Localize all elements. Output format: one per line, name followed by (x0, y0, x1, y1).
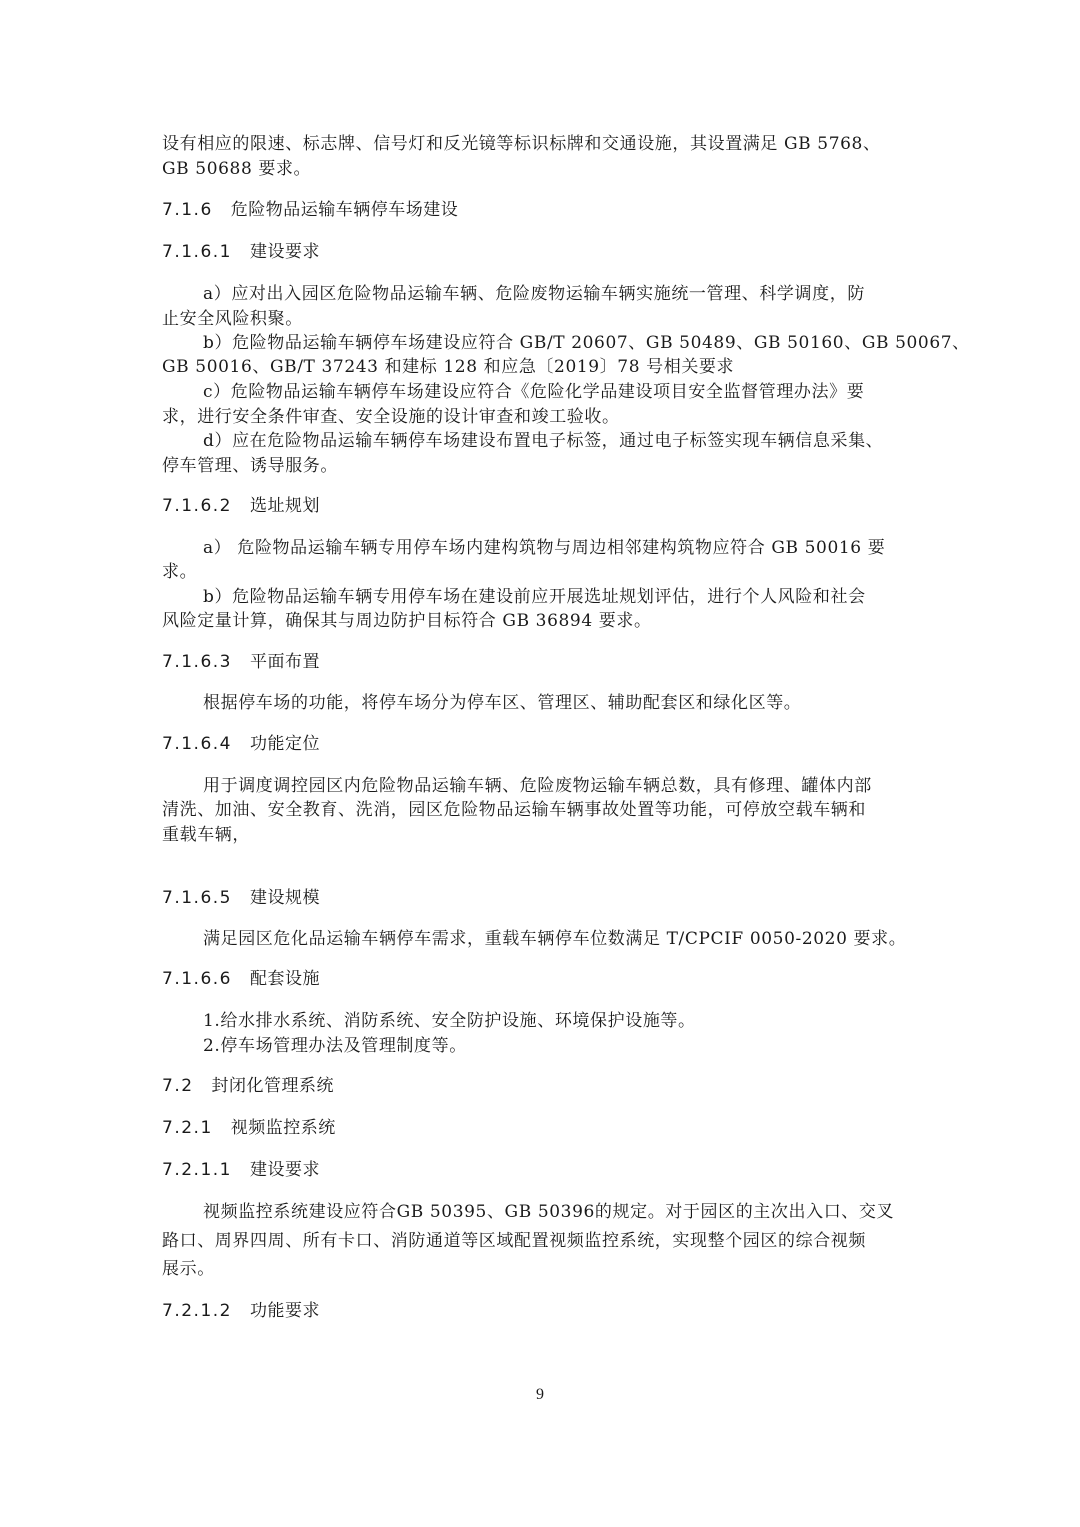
paragraph-line: GB 50688 要求。 (162, 157, 311, 181)
list-item: 2.停车场管理办法及管理制度等。 (203, 1034, 467, 1058)
paragraph-line: 展示。 (162, 1257, 215, 1281)
section-heading-7-2-1-1: 7.2.1.1建设要求 (162, 1158, 320, 1182)
section-title: 建设要求 (250, 1160, 320, 1180)
section-title: 危险物品运输车辆停车场建设 (231, 200, 459, 220)
section-number: 7.1.6.6 (162, 967, 232, 991)
paragraph-line: b）危险物品运输车辆停车场建设应符合 GB/T 20607、GB 50489、G… (203, 331, 970, 355)
section-number: 7.2.1 (162, 1116, 213, 1140)
section-heading-7-1-6: 7.1.6危险物品运输车辆停车场建设 (162, 198, 458, 222)
section-title: 选址规划 (250, 496, 320, 516)
paragraph-line: 视频监控系统建设应符合GB 50395、GB 50396的规定。对于园区的主次出… (203, 1200, 894, 1224)
section-number: 7.2 (162, 1074, 194, 1098)
paragraph-line: 用于调度调控园区内危险物品运输车辆、危险废物运输车辆总数，具有修理、罐体内部 (203, 774, 872, 798)
section-heading-7-1-6-2: 7.1.6.2选址规划 (162, 494, 320, 518)
section-title: 视频监控系统 (231, 1118, 336, 1138)
paragraph-line: GB 50016、GB/T 37243 和建标 128 和应急〔2019〕78 … (162, 355, 734, 379)
page-number: 9 (0, 1386, 1080, 1404)
paragraph-line: b）危险物品运输车辆专用停车场在建设前应开展选址规划评估，进行个人风险和社会 (203, 585, 866, 609)
section-heading-7-1-6-6: 7.1.6.6配套设施 (162, 967, 320, 991)
paragraph-line: 路口、周界四周、所有卡口、消防通道等区域配置视频监控系统，实现整个园区的综合视频 (162, 1229, 866, 1253)
paragraph-line: 求。 (162, 560, 197, 584)
section-number: 7.1.6 (162, 198, 213, 222)
section-heading-7-1-6-3: 7.1.6.3平面布置 (162, 650, 320, 674)
section-number: 7.2.1.1 (162, 1158, 232, 1182)
paragraph-line: d）应在危险物品运输车辆停车场建设布置电子标签，通过电子标签实现车辆信息采集、 (203, 429, 883, 453)
paragraph-line: 满足园区危化品运输车辆停车需求，重载车辆停车位数满足 T/CPCIF 0050-… (203, 927, 906, 951)
paragraph-line: 止安全风险积聚。 (162, 307, 303, 331)
paragraph-line: a）应对出入园区危险物品运输车辆、危险废物运输车辆实施统一管理、科学调度，防 (203, 282, 865, 306)
paragraph-line: a） 危险物品运输车辆专用停车场内建构筑物与周边相邻建构筑物应符合 GB 500… (203, 536, 885, 560)
section-title: 建设要求 (250, 242, 320, 262)
paragraph-line: 清洗、加油、安全教育、洗消，园区危险物品运输车辆事故处置等功能，可停放空载车辆和 (162, 798, 866, 822)
paragraph-line: 停车管理、诱导服务。 (162, 454, 338, 478)
section-heading-7-1-6-1: 7.1.6.1建设要求 (162, 240, 320, 264)
paragraph-line: c）危险物品运输车辆停车场建设应符合《危险化学品建设项目安全监督管理办法》要 (203, 380, 864, 404)
section-heading-7-2-1-2: 7.2.1.2功能要求 (162, 1299, 320, 1323)
paragraph-line: 设有相应的限速、标志牌、信号灯和反光镜等标识标牌和交通设施，其设置满足 GB 5… (162, 132, 881, 156)
section-title: 功能要求 (250, 1301, 320, 1321)
list-item: 1.给水排水系统、消防系统、安全防护设施、环境保护设施等。 (203, 1009, 696, 1033)
section-title: 平面布置 (250, 652, 320, 672)
section-heading-7-1-6-4: 7.1.6.4功能定位 (162, 732, 320, 756)
section-title: 功能定位 (250, 734, 320, 754)
section-title: 封闭化管理系统 (212, 1076, 335, 1096)
document-page: 设有相应的限速、标志牌、信号灯和反光镜等标识标牌和交通设施，其设置满足 GB 5… (0, 0, 1080, 1527)
paragraph-line: 根据停车场的功能，将停车场分为停车区、管理区、辅助配套区和绿化区等。 (203, 691, 801, 715)
section-number: 7.1.6.5 (162, 886, 232, 910)
section-number: 7.1.6.2 (162, 494, 232, 518)
section-number: 7.1.6.4 (162, 732, 232, 756)
paragraph-line: 求，进行安全条件审查、安全设施的设计审查和竣工验收。 (162, 405, 620, 429)
section-title: 建设规模 (250, 888, 320, 908)
section-heading-7-2: 7.2封闭化管理系统 (162, 1074, 334, 1098)
paragraph-line: 重载车辆， (162, 823, 250, 847)
section-heading-7-2-1: 7.2.1视频监控系统 (162, 1116, 336, 1140)
section-heading-7-1-6-5: 7.1.6.5建设规模 (162, 886, 320, 910)
section-number: 7.1.6.1 (162, 240, 232, 264)
section-number: 7.2.1.2 (162, 1299, 232, 1323)
section-number: 7.1.6.3 (162, 650, 232, 674)
section-title: 配套设施 (250, 969, 320, 989)
paragraph-line: 风险定量计算，确保其与周边防护目标符合 GB 36894 要求。 (162, 609, 652, 633)
